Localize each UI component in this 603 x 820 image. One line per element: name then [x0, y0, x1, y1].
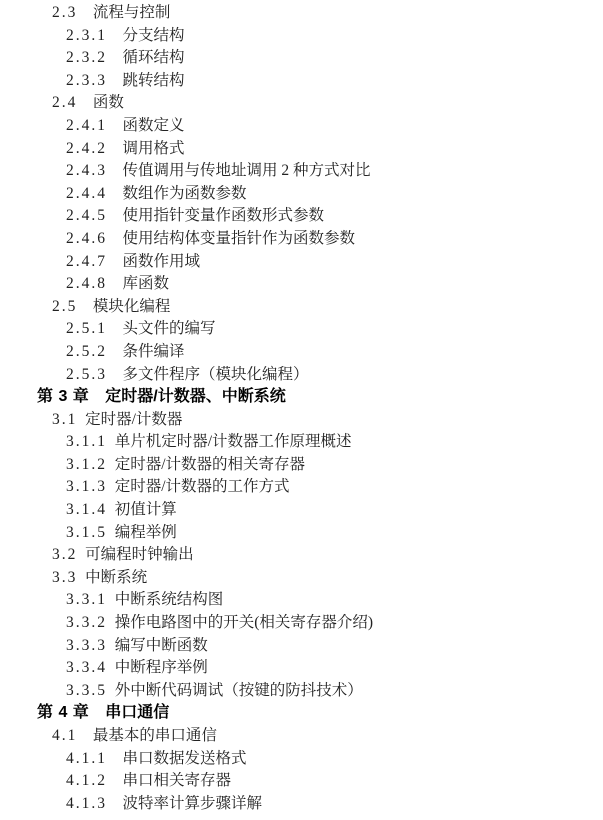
toc-item-title: 跳转结构	[107, 72, 185, 89]
table-of-contents: 2.3 流程与控制2.3.1 分支结构2.3.2 循环结构2.3.3 跳转结构2…	[0, 0, 603, 815]
toc-item-title: 多文件程序（模块化编程）	[107, 366, 309, 383]
toc-item-title: 外中断代码调试（按键的防抖技术）	[107, 682, 363, 699]
toc-item-number: 2.3.2	[66, 49, 107, 66]
toc-item: 2.3.1 分支结构	[0, 25, 603, 48]
toc-item-number: 3.1	[52, 411, 77, 428]
toc-item: 2.4 函数	[0, 92, 603, 115]
toc-item-number: 2.4.4	[66, 185, 107, 202]
toc-item-title: 使用结构体变量指针作为函数参数	[107, 230, 355, 247]
toc-item: 2.4.7 函数作用域	[0, 251, 603, 274]
toc-item-title: 头文件的编写	[107, 320, 216, 337]
toc-chapter-heading: 第 4 章 串口通信	[0, 702, 603, 725]
toc-item-number: 2.4.2	[66, 140, 107, 157]
toc-item: 3.3 中断系统	[0, 567, 603, 590]
toc-item: 2.5 模块化编程	[0, 296, 603, 319]
toc-item-title: 最基本的串口通信	[77, 727, 217, 744]
toc-item-title: 定时器/计数器的相关寄存器	[107, 456, 305, 473]
toc-item-number: 2.4.1	[66, 117, 107, 134]
toc-item: 3.3.5 外中断代码调试（按键的防抖技术）	[0, 680, 603, 703]
toc-item: 4.1.1 串口数据发送格式	[0, 748, 603, 771]
toc-item: 2.4.3 传值调用与传地址调用 2 种方式对比	[0, 160, 603, 183]
toc-item-number: 3.3	[52, 569, 77, 586]
toc-item: 3.1 定时器/计数器	[0, 409, 603, 432]
toc-item: 3.2 可编程时钟输出	[0, 544, 603, 567]
toc-item-number: 4.1.1	[66, 750, 107, 767]
toc-item-number: 3.1.1	[66, 433, 107, 450]
toc-item-title: 串口通信	[89, 704, 169, 721]
toc-item-number: 2.4	[52, 94, 77, 111]
toc-item-number: 2.3	[52, 4, 77, 21]
toc-item-title: 初值计算	[107, 501, 177, 518]
toc-item-number: 2.5	[52, 298, 77, 315]
toc-item-title: 定时器/计数器的工作方式	[107, 478, 290, 495]
toc-chapter-heading: 第 3 章 定时器/计数器、中断系统	[0, 386, 603, 409]
toc-item: 2.4.6 使用结构体变量指针作为函数参数	[0, 228, 603, 251]
toc-item-number: 第 4 章	[37, 704, 89, 721]
document-page: 2.3 流程与控制2.3.1 分支结构2.3.2 循环结构2.3.3 跳转结构2…	[0, 0, 603, 820]
toc-item-title: 流程与控制	[77, 4, 170, 21]
toc-item-title: 波特率计算步骤详解	[107, 795, 262, 812]
toc-item-number: 2.4.3	[66, 162, 107, 179]
toc-item: 2.4.5 使用指针变量作函数形式参数	[0, 205, 603, 228]
toc-item-title: 操作电路图中的开关(相关寄存器介绍)	[107, 614, 373, 631]
toc-item-title: 函数定义	[107, 117, 185, 134]
toc-item-title: 调用格式	[107, 140, 185, 157]
toc-item-number: 2.4.5	[66, 207, 107, 224]
toc-item-title: 循环结构	[107, 49, 185, 66]
toc-item-title: 传值调用与传地址调用 2 种方式对比	[107, 162, 371, 179]
toc-item: 4.1.3 波特率计算步骤详解	[0, 793, 603, 816]
toc-item: 2.5.1 头文件的编写	[0, 318, 603, 341]
toc-item-number: 2.4.8	[66, 275, 107, 292]
toc-item-number: 3.1.2	[66, 456, 107, 473]
toc-item: 2.4.8 库函数	[0, 273, 603, 296]
toc-item-number: 4.1	[52, 727, 77, 744]
toc-item: 2.4.4 数组作为函数参数	[0, 183, 603, 206]
toc-item: 2.4.2 调用格式	[0, 138, 603, 161]
toc-item-title: 可编程时钟输出	[77, 546, 193, 563]
toc-item-number: 3.1.5	[66, 524, 107, 541]
toc-item: 2.3.3 跳转结构	[0, 70, 603, 93]
toc-item-number: 2.5.1	[66, 320, 107, 337]
toc-item-title: 中断系统结构图	[107, 591, 223, 608]
toc-item-title: 模块化编程	[77, 298, 170, 315]
toc-item-number: 第 3 章	[37, 388, 89, 405]
toc-item-number: 2.4.7	[66, 253, 107, 270]
toc-item-title: 使用指针变量作函数形式参数	[107, 207, 324, 224]
toc-item-title: 条件编译	[107, 343, 185, 360]
toc-item-number: 2.3.1	[66, 27, 107, 44]
toc-item-title: 中断系统	[77, 569, 147, 586]
toc-item: 3.1.4 初值计算	[0, 499, 603, 522]
toc-item: 3.3.1 中断系统结构图	[0, 589, 603, 612]
toc-item-number: 2.3.3	[66, 72, 107, 89]
toc-item-title: 串口相关寄存器	[107, 772, 231, 789]
toc-item-title: 编程举例	[107, 524, 177, 541]
toc-item: 2.3 流程与控制	[0, 2, 603, 25]
toc-item: 2.3.2 循环结构	[0, 47, 603, 70]
toc-item-title: 数组作为函数参数	[107, 185, 247, 202]
toc-item: 2.5.3 多文件程序（模块化编程）	[0, 364, 603, 387]
toc-item-number: 3.2	[52, 546, 77, 563]
toc-item: 2.5.2 条件编译	[0, 341, 603, 364]
toc-item: 3.1.5 编程举例	[0, 522, 603, 545]
toc-item-number: 3.3.1	[66, 591, 107, 608]
toc-item: 3.3.2 操作电路图中的开关(相关寄存器介绍)	[0, 612, 603, 635]
toc-item-number: 2.4.6	[66, 230, 107, 247]
toc-item-number: 4.1.3	[66, 795, 107, 812]
toc-item: 4.1.2 串口相关寄存器	[0, 770, 603, 793]
toc-item-title: 编写中断函数	[107, 637, 208, 654]
toc-item: 4.1 最基本的串口通信	[0, 725, 603, 748]
toc-item-title: 中断程序举例	[107, 659, 208, 676]
toc-item-number: 3.3.3	[66, 637, 107, 654]
toc-item-title: 库函数	[107, 275, 169, 292]
toc-item-number: 3.3.2	[66, 614, 107, 631]
toc-item-number: 4.1.2	[66, 772, 107, 789]
toc-item-title: 分支结构	[107, 27, 185, 44]
toc-item-title: 串口数据发送格式	[107, 750, 247, 767]
toc-item-title: 单片机定时器/计数器工作原理概述	[107, 433, 352, 450]
toc-item-number: 3.1.4	[66, 501, 107, 518]
toc-item-number: 3.3.4	[66, 659, 107, 676]
toc-item: 3.1.3 定时器/计数器的工作方式	[0, 476, 603, 499]
toc-item-number: 3.1.3	[66, 478, 107, 495]
toc-item: 3.3.4 中断程序举例	[0, 657, 603, 680]
toc-item-number: 2.5.3	[66, 366, 107, 383]
toc-item: 3.1.2 定时器/计数器的相关寄存器	[0, 454, 603, 477]
toc-item-title: 函数作用域	[107, 253, 200, 270]
toc-item-number: 3.3.5	[66, 682, 107, 699]
toc-item-title: 定时器/计数器	[77, 411, 182, 428]
toc-item-title: 函数	[77, 94, 124, 111]
toc-item: 3.3.3 编写中断函数	[0, 635, 603, 658]
toc-item-number: 2.5.2	[66, 343, 107, 360]
toc-item: 3.1.1 单片机定时器/计数器工作原理概述	[0, 431, 603, 454]
toc-item-title: 定时器/计数器、中断系统	[89, 388, 285, 405]
toc-item: 2.4.1 函数定义	[0, 115, 603, 138]
